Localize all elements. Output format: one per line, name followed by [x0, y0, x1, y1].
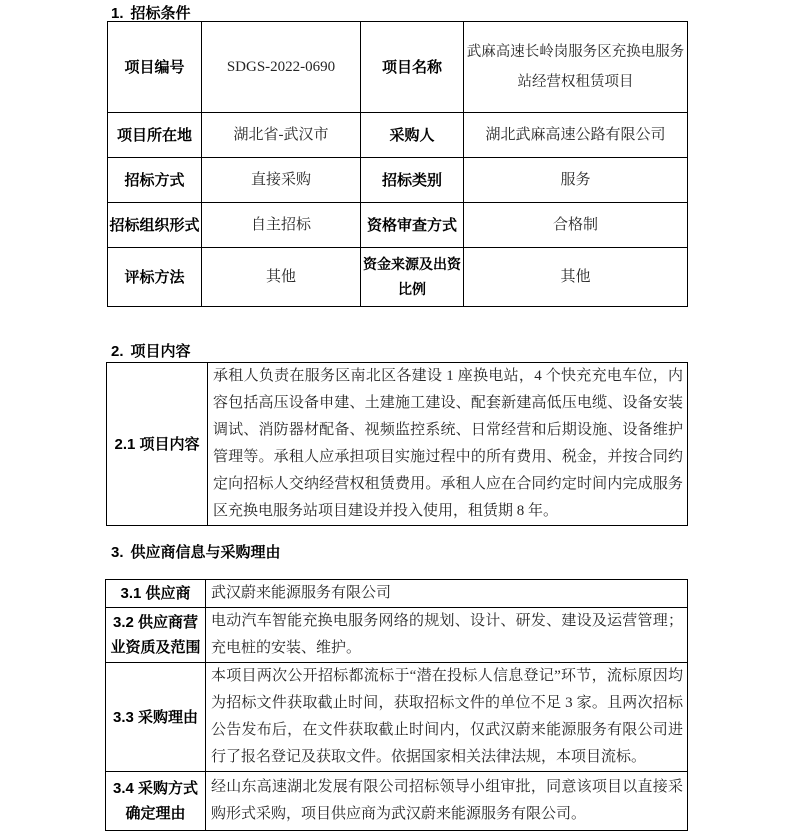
- section-1-number: 1.: [111, 5, 124, 22]
- supplier-label: 3.1 供应商: [106, 580, 206, 608]
- section-3-heading: 3.供应商信息与采购理由: [111, 541, 281, 562]
- project-number-value: SDGS-2022-0690: [202, 22, 361, 113]
- section-2-heading: 2.项目内容: [111, 340, 191, 361]
- project-number-label: 项目编号: [108, 22, 202, 113]
- evaluation-method-label: 评标方法: [108, 248, 202, 307]
- bidding-conditions-table: 项目编号 SDGS-2022-0690 项目名称 武麻高速长岭岗服务区充换电服务…: [107, 21, 688, 307]
- project-content-label: 2.1 项目内容: [107, 363, 208, 526]
- qualification-review-value: 合格制: [464, 203, 688, 248]
- table-row: 2.1 项目内容 承租人负责在服务区南北区各建设 1 座换电站，4 个快充充电车…: [107, 363, 688, 526]
- section-1-title: 招标条件: [131, 5, 191, 22]
- table-row: 3.1 供应商 武汉蔚来能源服务有限公司: [106, 580, 688, 608]
- table-row: 3.2 供应商营业资质及范围 电动汽车智能充换电服务网络的规划、设计、研发、建设…: [106, 608, 688, 663]
- project-location-label: 项目所在地: [108, 113, 202, 158]
- supplier-qualification-text: 电动汽车智能充换电服务网络的规划、设计、研发、建设及运营管理；充电桩的安装、维护…: [206, 608, 688, 663]
- table-row: 评标方法 其他 资金来源及出资比例 其他: [108, 248, 688, 307]
- evaluation-method-value: 其他: [202, 248, 361, 307]
- table-row: 招标组织形式 自主招标 资格审查方式 合格制: [108, 203, 688, 248]
- table-row: 3.3 采购理由 本项目两次公开招标都流标于“潜在投标人信息登记”环节，流标原因…: [106, 663, 688, 772]
- project-name-label: 项目名称: [361, 22, 464, 113]
- section-2-title: 项目内容: [131, 343, 191, 360]
- bidding-category-label: 招标类别: [361, 158, 464, 203]
- procurement-reason-label: 3.3 采购理由: [106, 663, 206, 772]
- section-1-heading: 1.招标条件: [111, 2, 191, 23]
- document-page: 1.招标条件 项目编号 SDGS-2022-0690 项目名称 武麻高速长岭岗服…: [0, 0, 791, 831]
- purchaser-value: 湖北武麻高速公路有限公司: [464, 113, 688, 158]
- project-content-text: 承租人负责在服务区南北区各建设 1 座换电站，4 个快充充电车位，内容包括高压设…: [208, 363, 688, 526]
- table-row: 招标方式 直接采购 招标类别 服务: [108, 158, 688, 203]
- supplier-qualification-label: 3.2 供应商营业资质及范围: [106, 608, 206, 663]
- table-row: 项目编号 SDGS-2022-0690 项目名称 武麻高速长岭岗服务区充换电服务…: [108, 22, 688, 113]
- qualification-review-label: 资格审查方式: [361, 203, 464, 248]
- bidding-method-label: 招标方式: [108, 158, 202, 203]
- supplier-info-table: 3.1 供应商 武汉蔚来能源服务有限公司 3.2 供应商营业资质及范围 电动汽车…: [105, 579, 688, 831]
- funding-source-label: 资金来源及出资比例: [361, 248, 464, 307]
- organization-form-label: 招标组织形式: [108, 203, 202, 248]
- project-content-table: 2.1 项目内容 承租人负责在服务区南北区各建设 1 座换电站，4 个快充充电车…: [106, 362, 688, 526]
- purchaser-label: 采购人: [361, 113, 464, 158]
- table-row: 项目所在地 湖北省-武汉市 采购人 湖北武麻高速公路有限公司: [108, 113, 688, 158]
- project-location-value: 湖北省-武汉市: [202, 113, 361, 158]
- project-name-value: 武麻高速长岭岗服务区充换电服务站经营权租赁项目: [464, 22, 688, 113]
- table-row: 3.4 采购方式确定理由 经山东高速湖北发展有限公司招标领导小组审批，同意该项目…: [106, 772, 688, 831]
- procurement-method-text: 经山东高速湖北发展有限公司招标领导小组审批，同意该项目以直接采购形式采购，项目供…: [206, 772, 688, 831]
- supplier-value: 武汉蔚来能源服务有限公司: [206, 580, 688, 608]
- organization-form-value: 自主招标: [202, 203, 361, 248]
- procurement-reason-text: 本项目两次公开招标都流标于“潜在投标人信息登记”环节，流标原因均为招标文件获取截…: [206, 663, 688, 772]
- section-3-title: 供应商信息与采购理由: [131, 544, 281, 561]
- section-3-number: 3.: [111, 544, 124, 561]
- bidding-category-value: 服务: [464, 158, 688, 203]
- procurement-method-label: 3.4 采购方式确定理由: [106, 772, 206, 831]
- bidding-method-value: 直接采购: [202, 158, 361, 203]
- funding-source-value: 其他: [464, 248, 688, 307]
- section-2-number: 2.: [111, 343, 124, 360]
